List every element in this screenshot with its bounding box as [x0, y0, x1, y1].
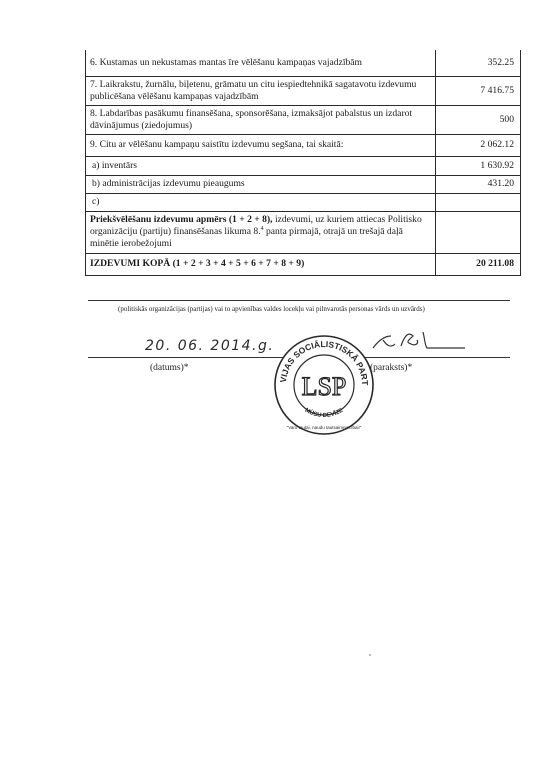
expenses-table: 6. Kustamas un nekustamas mantas īre vēl…: [85, 50, 521, 276]
row-label: a) inventārs: [86, 156, 436, 175]
scan-speck: [369, 654, 371, 656]
svg-text:LSP: LSP: [302, 372, 347, 401]
table-row: a) inventārs 1 630.92: [86, 156, 521, 175]
row-value: [436, 193, 521, 211]
document-page: 6. Kustamas un nekustamas mantas īre vēl…: [0, 0, 553, 780]
table-row: b) administrācijas izdevumu pieaugums 43…: [86, 175, 521, 193]
total-value: 20 211.08: [436, 253, 521, 275]
table-row: 9. Citu ar vēlēšanu kampaņu saistītu izd…: [86, 134, 521, 156]
row-label: 8. Labdarības pasākumu finansēšana, spon…: [86, 105, 436, 134]
signatory-caption: (politiskās organizācijas (partijas) vai…: [118, 305, 425, 313]
row-value: 7 416.75: [436, 76, 521, 105]
handwritten-signature: [365, 326, 475, 356]
table-row: c): [86, 193, 521, 211]
pre-election-row: Priekšvēlēšanu izdevumu apmērs (1 + 2 + …: [86, 211, 521, 253]
date-label: (datums)*: [150, 363, 189, 373]
row-value: 2 062.12: [436, 134, 521, 156]
pre-election-label: Priekšvēlēšanu izdevumu apmērs (1 + 2 + …: [86, 211, 436, 253]
total-row: IZDEVUMI KOPĀ (1 + 2 + 3 + 4 + 5 + 6 + 7…: [86, 253, 521, 275]
row-value: 431.20: [436, 175, 521, 193]
total-label: IZDEVUMI KOPĀ (1 + 2 + 3 + 4 + 5 + 6 + 7…: [86, 253, 436, 275]
signature-label: (paraksts)*: [370, 363, 412, 373]
row-label: c): [86, 193, 436, 211]
svg-text:"Varu tautai, naudu tautsaimni: "Varu tautai, naudu tautsaimniecībai!": [287, 425, 362, 430]
row-value: 500: [436, 105, 521, 134]
row-label: 6. Kustamas un nekustamas mantas īre vēl…: [86, 50, 436, 76]
pre-election-value: [436, 211, 521, 253]
pre-election-bold: Priekšvēlēšanu izdevumu apmērs (1 + 2 + …: [90, 214, 273, 225]
row-label: b) administrācijas izdevumu pieaugums: [86, 175, 436, 193]
table-row: 8. Labdarības pasākumu finansēšana, spon…: [86, 105, 521, 134]
party-stamp: LATVIJAS SOCIĀLISTISKĀ PARTIJA LSP MŪSU …: [272, 333, 376, 437]
table-row: 7. Laikrakstu, žurnālu, biļetenu, grāmat…: [86, 76, 521, 105]
row-value: 1 630.92: [436, 156, 521, 175]
signatory-name-line: [88, 300, 510, 301]
handwritten-date: 20. 06. 2014.g.: [145, 338, 274, 354]
row-label: 7. Laikrakstu, žurnālu, biļetenu, grāmat…: [86, 76, 436, 105]
row-label: 9. Citu ar vēlēšanu kampaņu saistītu izd…: [86, 134, 436, 156]
row-value: 352.25: [436, 50, 521, 76]
table-row: 6. Kustamas un nekustamas mantas īre vēl…: [86, 50, 521, 76]
